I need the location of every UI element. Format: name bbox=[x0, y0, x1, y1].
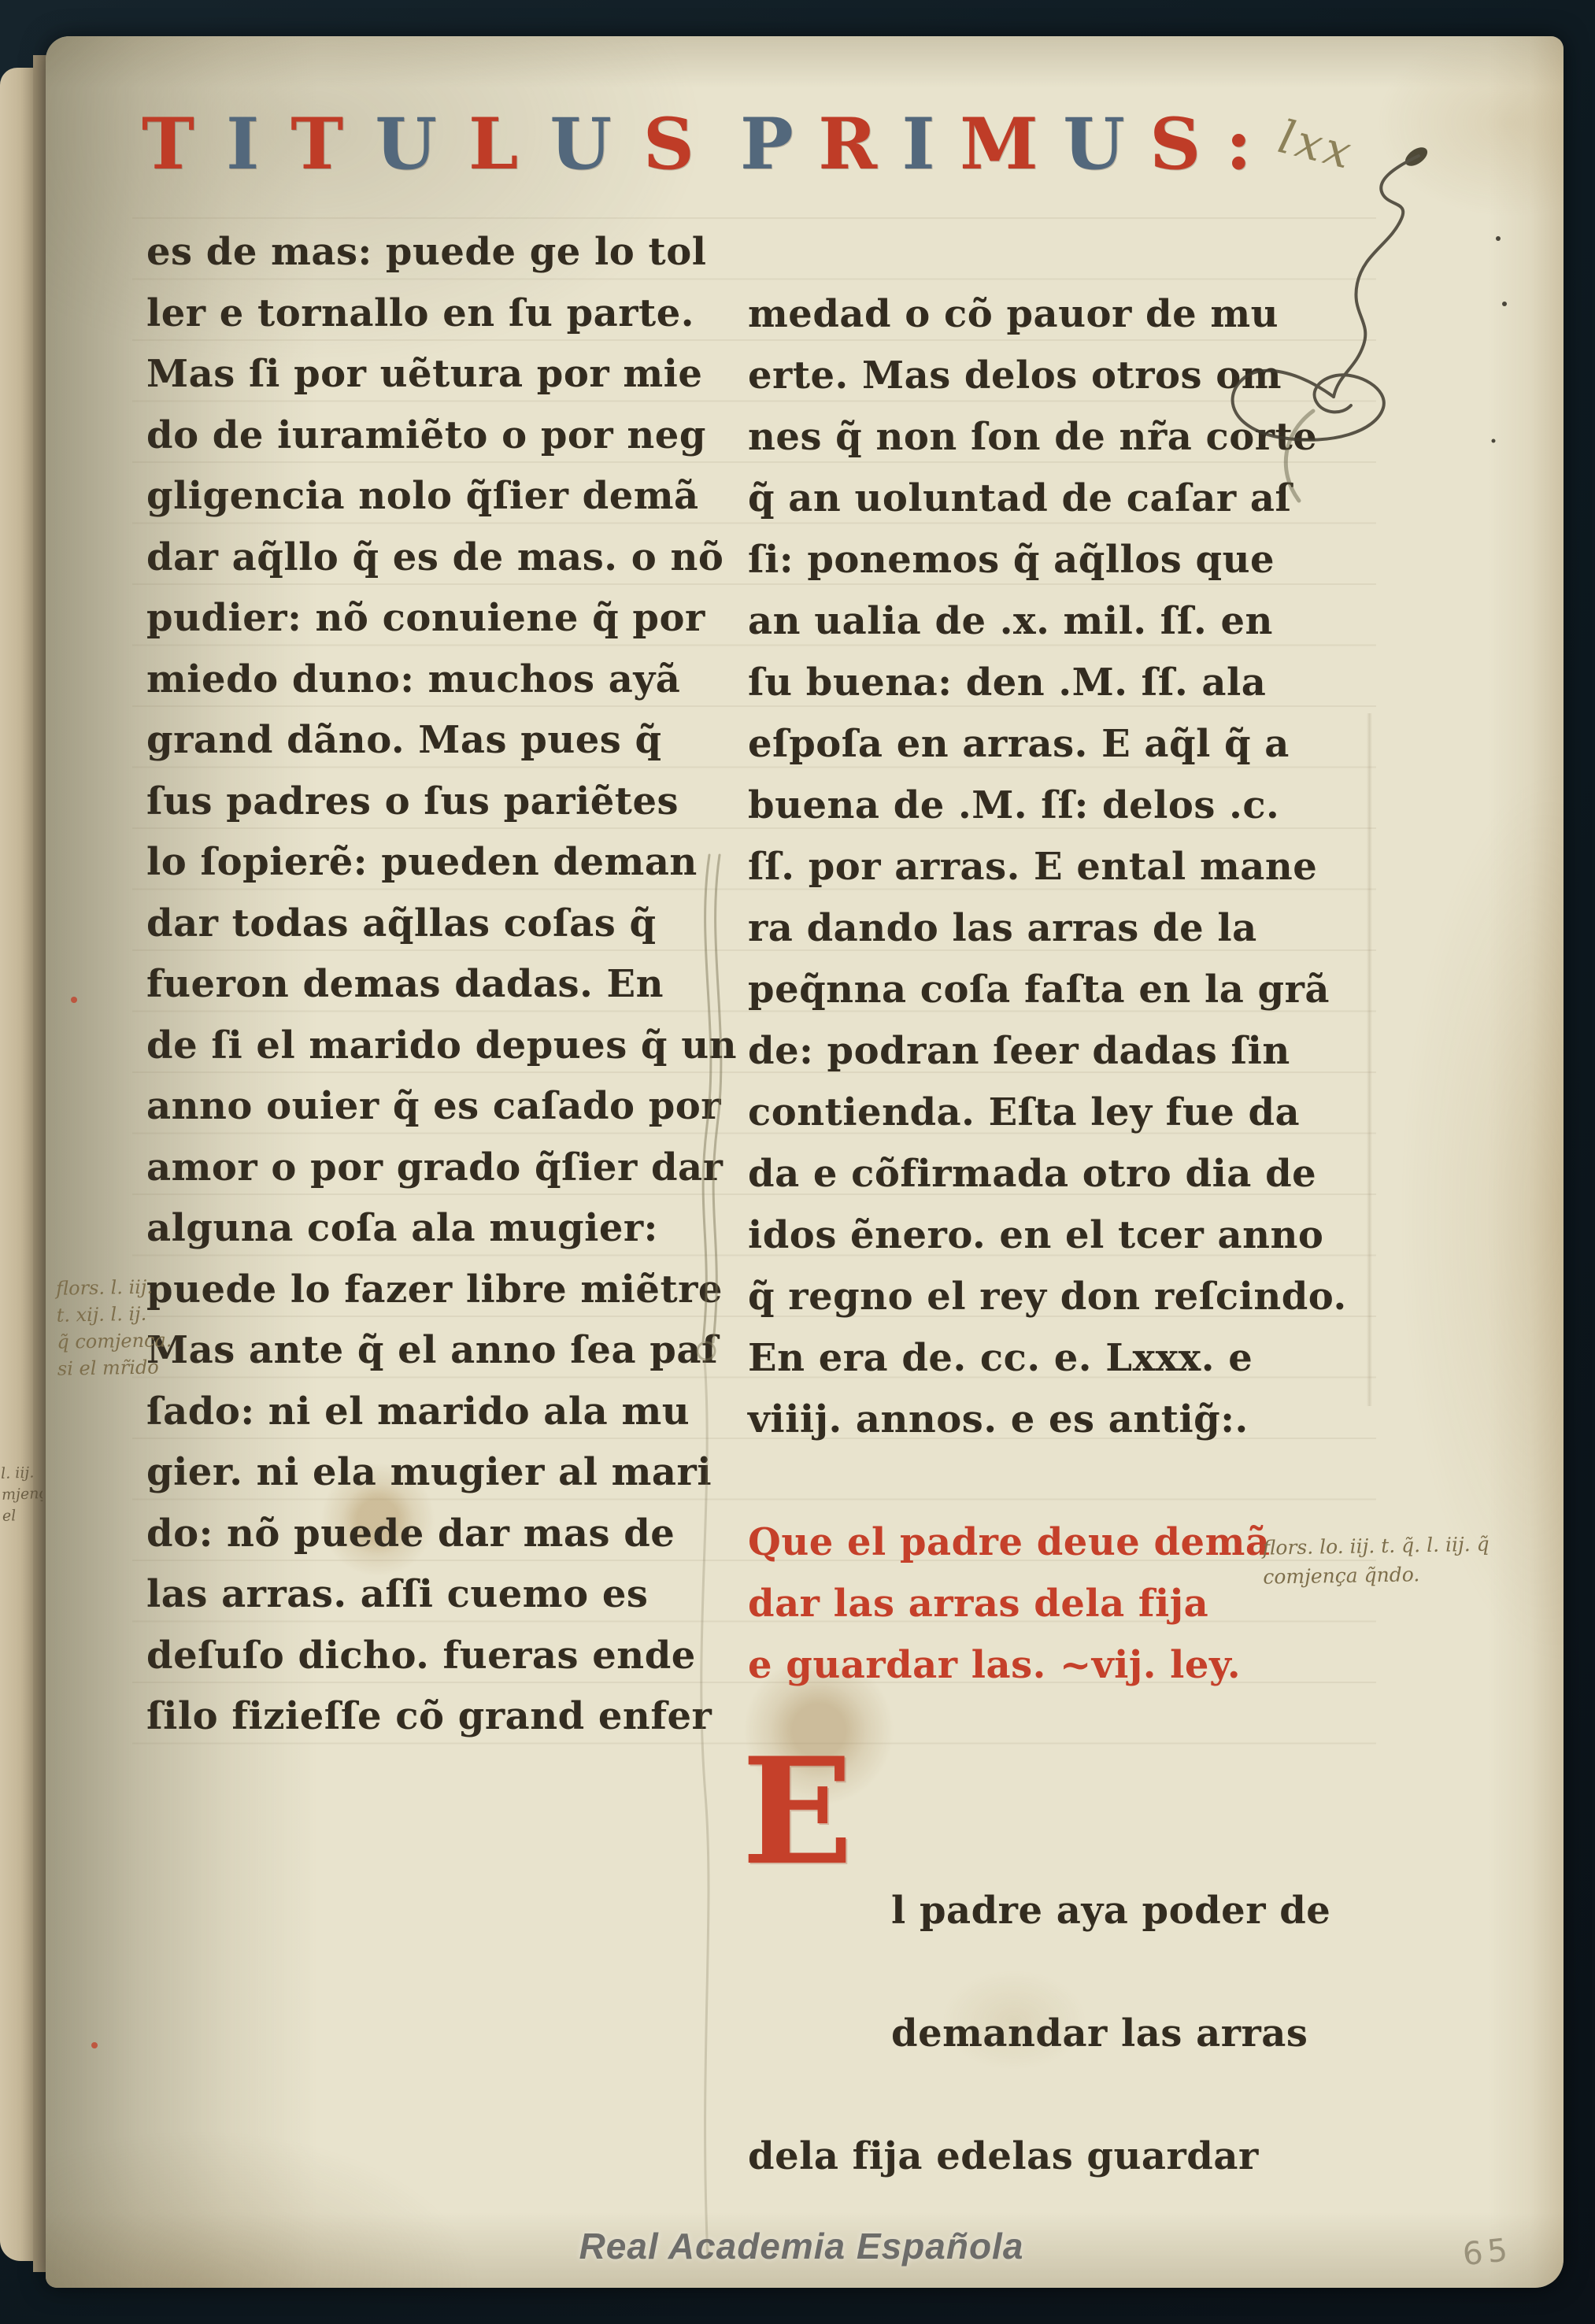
manuscript-page: T I T U L U S P R I M U S : lxx es de ma… bbox=[46, 36, 1564, 2288]
drop-cap-initial: E bbox=[742, 1738, 853, 1885]
photograph-backdrop: l. iij. mjença el T I T U L U S P R I M … bbox=[0, 0, 1595, 2324]
running-title-letter: S bbox=[1149, 109, 1201, 179]
running-title-letter: U bbox=[1063, 109, 1125, 179]
stacked-leaf-edge-outer bbox=[0, 68, 35, 2261]
law-opening-line: dela fija edelas guardar bbox=[748, 2126, 1358, 2187]
running-title-left: T I T U L U S bbox=[142, 109, 694, 179]
running-title-letter: : bbox=[1226, 109, 1252, 179]
running-title-letter: P bbox=[740, 109, 794, 179]
law-opening-block: E l padre aya poder de demandar las arra… bbox=[748, 1757, 1358, 2248]
text-column-right: medad o cõ pauor de mu erte. Mas delos o… bbox=[748, 222, 1358, 2310]
text-column-right-upper: medad o cõ pauor de mu erte. Mas delos o… bbox=[748, 283, 1358, 1450]
running-title-letter: L bbox=[468, 109, 518, 179]
running-title-letter: U bbox=[550, 109, 612, 179]
parchment-crease bbox=[1367, 713, 1372, 1406]
margin-note-left: flors. l. iij. t. xij. l. ij. q̃ comjenc… bbox=[56, 1272, 215, 1382]
running-title-letter: R bbox=[818, 109, 877, 179]
running-title-letter: S bbox=[643, 109, 694, 179]
text-column-left: es de mas: puede ge lo tol ler e tornall… bbox=[146, 222, 738, 1748]
running-title-letter: U bbox=[375, 109, 437, 179]
running-title-letter: T bbox=[142, 109, 194, 179]
law-opening-line: demandar las arras bbox=[748, 2003, 1358, 2064]
margin-note-right: flors. lo. iij. t. q̃. l. iij. q̃ comjen… bbox=[1262, 1527, 1593, 1591]
running-title-right: P R I M U S : bbox=[740, 109, 1252, 179]
running-title-letter: I bbox=[901, 109, 934, 179]
folio-number-pencil: 65 bbox=[1461, 2232, 1514, 2273]
previous-leaf-margin-fragment: l. iij. mjença el bbox=[1, 1462, 44, 1527]
folio-mark-lxx: lxx bbox=[1273, 109, 1360, 179]
running-title-letter: I bbox=[226, 109, 259, 179]
running-title-letter: M bbox=[960, 109, 1038, 179]
running-title-letter: T bbox=[291, 109, 343, 179]
library-watermark: Real Academia Española bbox=[487, 2225, 1116, 2267]
